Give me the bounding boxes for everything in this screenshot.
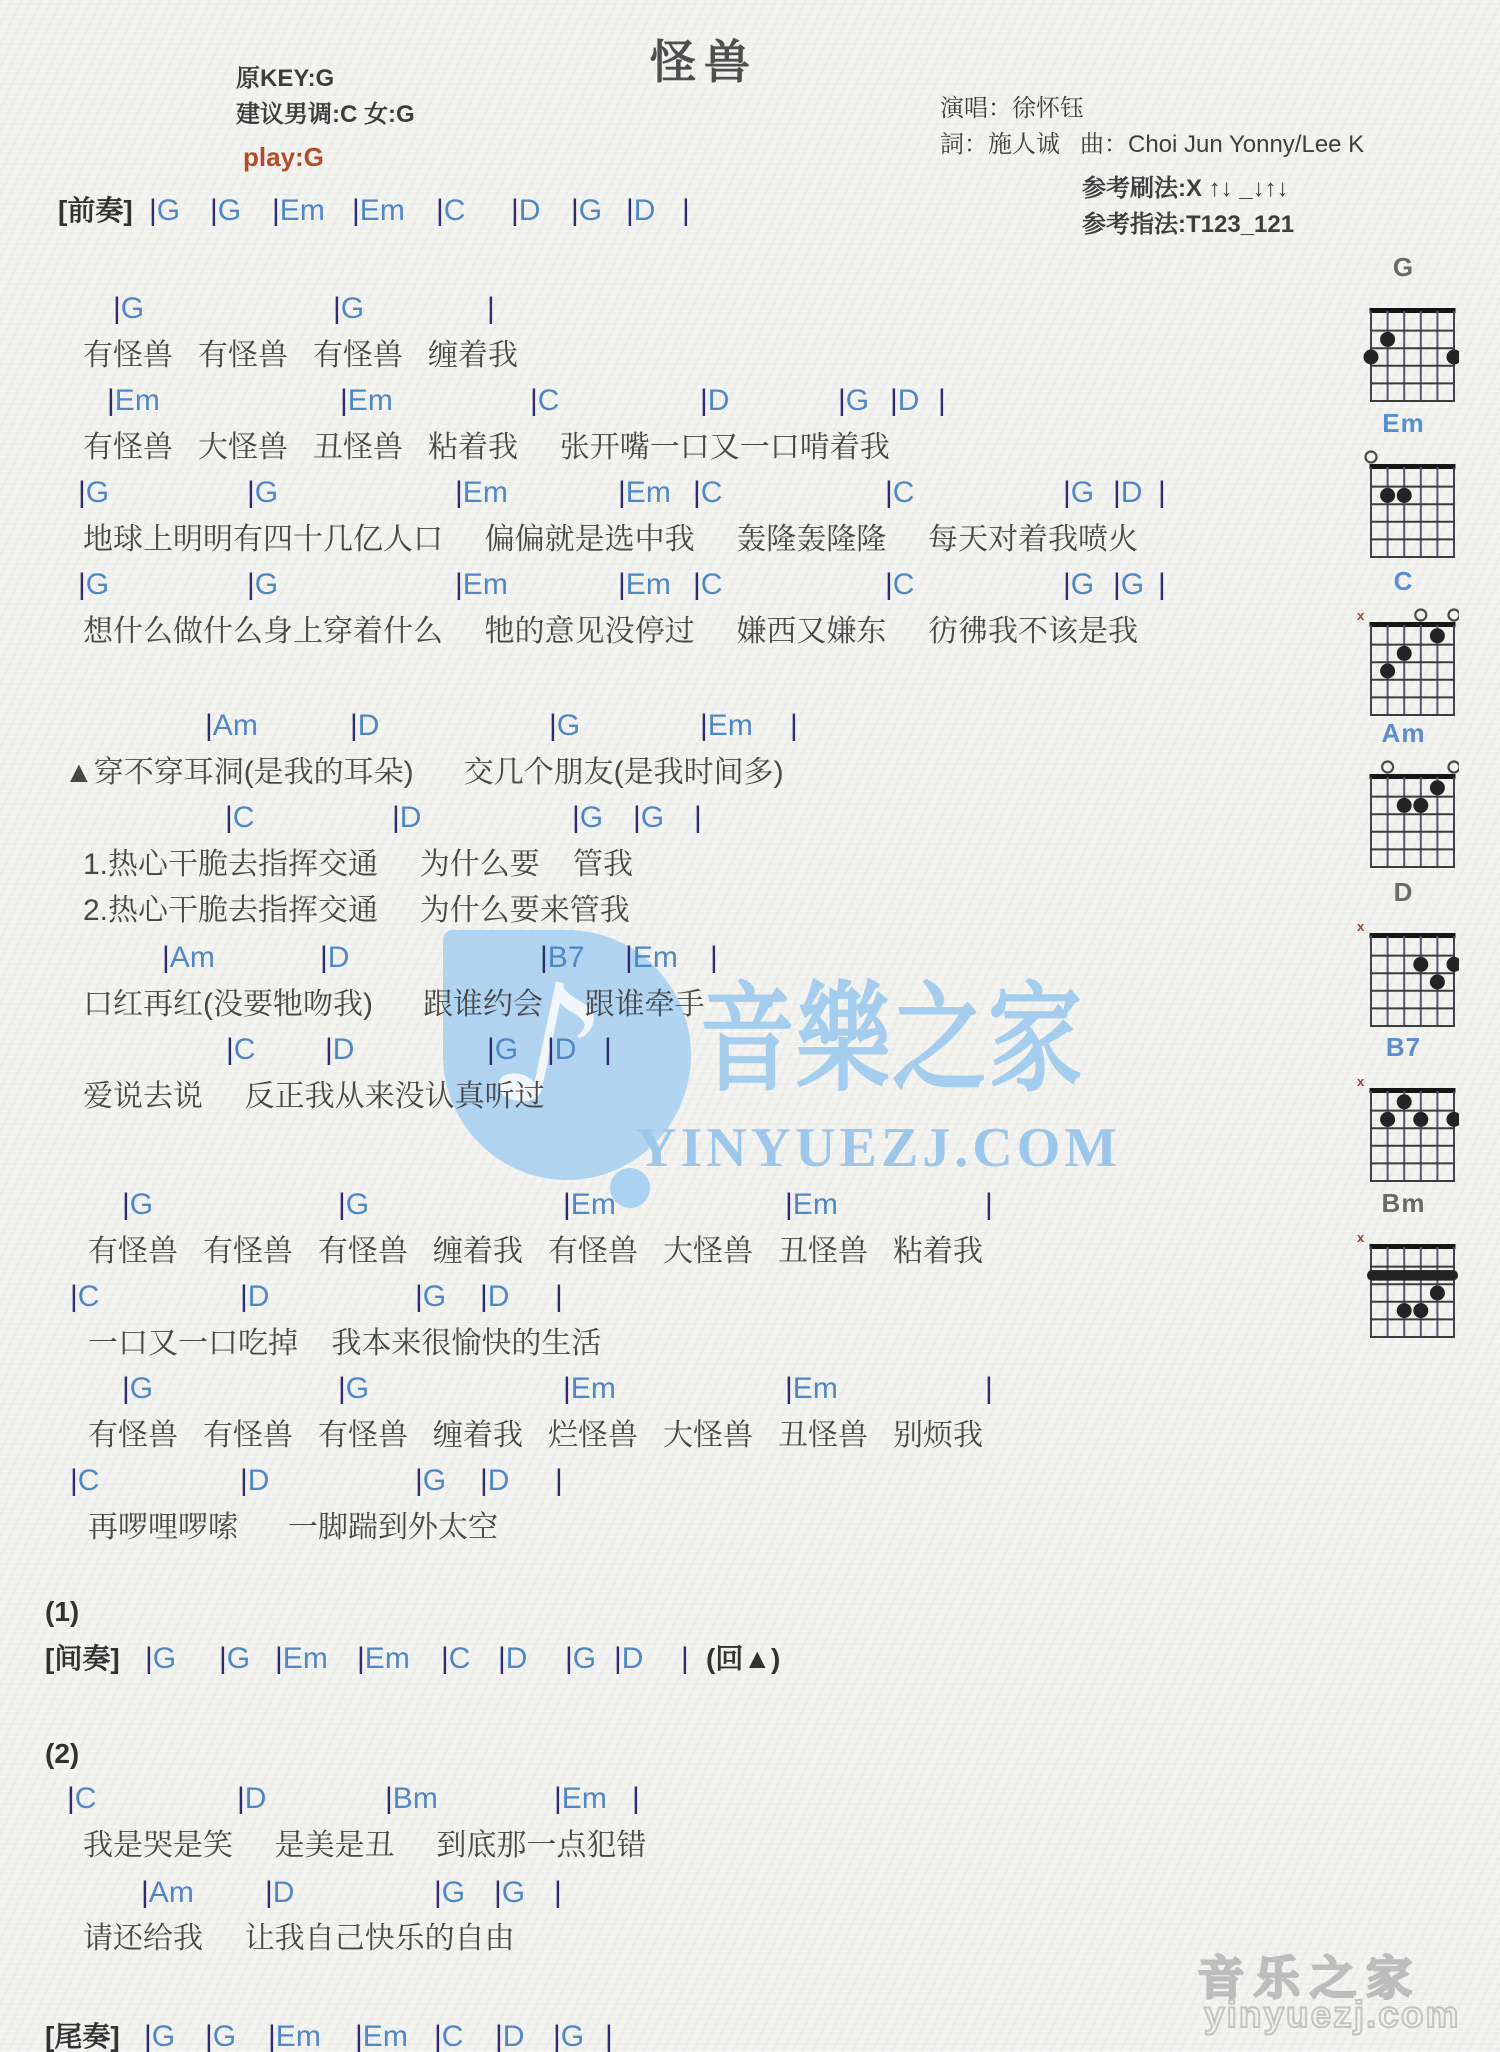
chord-token: |D bbox=[1113, 476, 1142, 510]
chord-token: |G bbox=[122, 1372, 153, 1406]
chord-token: |G bbox=[838, 384, 869, 418]
chord-token: |D bbox=[392, 801, 421, 835]
chord-token: |Em bbox=[352, 194, 405, 228]
chord-line: |C|D|Bm|Em| bbox=[0, 1782, 1500, 1822]
chord-diagram-grid: x bbox=[1349, 605, 1459, 721]
lyric-line: 再啰哩啰嗦 一脚踹到外太空 bbox=[0, 1510, 1500, 1550]
lyric-line: 口红再红(没要牠吻我) 跟谁约会 跟谁牵手 bbox=[0, 987, 1500, 1027]
chord-token: |Bm bbox=[385, 1782, 438, 1816]
chord-token: |D bbox=[240, 1280, 269, 1314]
chord-token: |C bbox=[693, 568, 722, 602]
chord-token: | bbox=[555, 1280, 563, 1314]
chord-token: | bbox=[555, 1464, 563, 1498]
chord-token: |Em bbox=[554, 1782, 607, 1816]
sheet-body: [前奏]|G|G|Em|Em|C|D|G|D||G|G|有怪兽 有怪兽 有怪兽 … bbox=[0, 0, 1500, 2052]
chord-token: | bbox=[681, 1642, 689, 1676]
lyric-text: 请还给我 让我自己快乐的自由 bbox=[83, 1921, 515, 1957]
chord-token: |Am bbox=[141, 1876, 194, 1910]
lyric-line: 有怪兽 有怪兽 有怪兽 缠着我 有怪兽 大怪兽 丑怪兽 粘着我 bbox=[0, 1234, 1500, 1274]
chord-diagram-title: G bbox=[1340, 252, 1467, 283]
chord-token: |Am bbox=[205, 709, 258, 743]
lyric-text: 再啰哩啰嗦 一脚踹到外太空 bbox=[88, 1510, 498, 1546]
repeat-mark: (回▲) bbox=[706, 1642, 780, 1676]
chord-token: | bbox=[487, 292, 495, 326]
chord-token: |Am bbox=[162, 941, 215, 975]
chord-token: |G bbox=[205, 2020, 236, 2052]
chord-token: | bbox=[985, 1372, 993, 1406]
lyric-line: 想什么做什么身上穿着什么 牠的意见没停过 嫌西又嫌东 彷彿我不该是我 bbox=[0, 614, 1500, 654]
section-label: [前奏] bbox=[58, 194, 133, 228]
chord-line: |Am|D|B7|Em| bbox=[0, 941, 1500, 981]
chord-token: |G bbox=[219, 1642, 250, 1676]
chord-diagram-grid: x bbox=[1349, 916, 1459, 1032]
chord-token: |G bbox=[210, 194, 241, 228]
section-label: (1) bbox=[45, 1595, 79, 1629]
chord-diagram-grid bbox=[1349, 757, 1459, 873]
chord-token: | bbox=[605, 2020, 613, 2052]
chord-token: |D bbox=[700, 384, 729, 418]
chord-token: |G bbox=[633, 801, 664, 835]
chord-line: [尾奏]|G|G|Em|Em|C|D|G| bbox=[0, 2020, 1500, 2052]
chord-token: |Em bbox=[340, 384, 393, 418]
chord-token: |C bbox=[225, 801, 254, 835]
chord-line: |G|G|Em|Em| bbox=[0, 1188, 1500, 1228]
chord-token: |G bbox=[247, 568, 278, 602]
chord-token: |G bbox=[553, 2020, 584, 2052]
chord-token: | bbox=[682, 194, 690, 228]
chord-line: |C|D|G|D| bbox=[0, 1280, 1500, 1320]
chord-line: |G|G|Em|Em|C|C|G|G| bbox=[0, 568, 1500, 608]
svg-text:x: x bbox=[1357, 1230, 1365, 1245]
chord-diagram-grid: x bbox=[1349, 1227, 1459, 1343]
lyric-text: 有怪兽 有怪兽 有怪兽 缠着我 烂怪兽 大怪兽 丑怪兽 别烦我 bbox=[88, 1418, 983, 1454]
chord-token: |Em bbox=[618, 476, 671, 510]
chord-token: |D bbox=[350, 709, 379, 743]
lyric-line: 一口又一口吃掉 我本来很愉快的生活 bbox=[0, 1326, 1500, 1366]
chord-token: |G bbox=[571, 194, 602, 228]
chord-token: |D bbox=[495, 2020, 524, 2052]
chord-line: |G|G| bbox=[0, 292, 1500, 332]
lyric-line: 有怪兽 大怪兽 丑怪兽 粘着我 张开嘴一口又一口啃着我 bbox=[0, 430, 1500, 470]
lyric-text: ▲穿不穿耳洞(是我的耳朵) 交几个朋友(是我时间多) bbox=[64, 755, 784, 791]
chord-token: |C bbox=[693, 476, 722, 510]
chord-token: |G bbox=[149, 194, 180, 228]
chord-diagram-grid bbox=[1349, 447, 1459, 563]
chord-token: |C bbox=[885, 476, 914, 510]
chord-token: |G bbox=[78, 476, 109, 510]
chord-token: |D bbox=[626, 194, 655, 228]
chord-token: |C bbox=[441, 1642, 470, 1676]
lyric-line: 有怪兽 有怪兽 有怪兽 缠着我 烂怪兽 大怪兽 丑怪兽 别烦我 bbox=[0, 1418, 1500, 1458]
chord-token: | bbox=[938, 384, 946, 418]
section-label: (2) bbox=[45, 1737, 79, 1771]
chord-token: |Em bbox=[625, 941, 678, 975]
chord-token: |B7 bbox=[540, 941, 585, 975]
chord-line: |C|D|G|G| bbox=[0, 801, 1500, 841]
chord-token: |D bbox=[320, 941, 349, 975]
chord-line: |Em|Em|C|D|G|D| bbox=[0, 384, 1500, 424]
chord-token: | bbox=[1158, 568, 1166, 602]
lyric-line: 我是哭是笑 是美是丑 到底那一点犯错 bbox=[0, 1828, 1500, 1868]
chord-token: |D bbox=[498, 1642, 527, 1676]
chord-token: |C bbox=[436, 194, 465, 228]
chord-token: |G bbox=[1063, 476, 1094, 510]
chord-token: |C bbox=[70, 1280, 99, 1314]
lyric-text: 有怪兽 有怪兽 有怪兽 缠着我 bbox=[83, 338, 518, 374]
chord-token: |G bbox=[487, 1033, 518, 1067]
chord-token: |G bbox=[113, 292, 144, 326]
lyric-text: 有怪兽 大怪兽 丑怪兽 粘着我 张开嘴一口又一口啃着我 bbox=[83, 430, 890, 466]
chord-diagram-title: B7 bbox=[1340, 1032, 1467, 1063]
chord-token: |Em bbox=[563, 1372, 616, 1406]
chord-diagram-B7: B7x bbox=[1340, 1032, 1467, 1187]
chord-token: |D bbox=[240, 1464, 269, 1498]
chord-token: | bbox=[710, 941, 718, 975]
section-label: [尾奏] bbox=[45, 2020, 120, 2052]
chord-token: |G bbox=[549, 709, 580, 743]
lyric-text: 有怪兽 有怪兽 有怪兽 缠着我 有怪兽 大怪兽 丑怪兽 粘着我 bbox=[88, 1234, 983, 1270]
chord-token: |C bbox=[530, 384, 559, 418]
chord-token: |D bbox=[547, 1033, 576, 1067]
chord-diagram-Em: Em bbox=[1340, 408, 1467, 563]
chord-token: |D bbox=[890, 384, 919, 418]
chord-token: |G bbox=[338, 1372, 369, 1406]
chord-token: |G bbox=[1113, 568, 1144, 602]
chord-diagram-G: G bbox=[1340, 252, 1467, 407]
lyric-text: 想什么做什么身上穿着什么 牠的意见没停过 嫌西又嫌东 彷彿我不该是我 bbox=[83, 614, 1138, 650]
lyric-text: 一口又一口吃掉 我本来很愉快的生活 bbox=[88, 1326, 601, 1362]
lyric-line: 地球上明明有四十几亿人口 偏偏就是选中我 轰隆轰隆隆 每天对着我喷火 bbox=[0, 522, 1500, 562]
chord-token: |Em bbox=[455, 476, 508, 510]
chord-token: | bbox=[985, 1188, 993, 1222]
chord-line: [间奏]|G|G|Em|Em|C|D|G|D|(回▲) bbox=[0, 1642, 1500, 1682]
chord-diagram-title: Am bbox=[1340, 718, 1467, 749]
chord-token: |Em bbox=[618, 568, 671, 602]
chord-token: |G bbox=[78, 568, 109, 602]
lyric-line: 有怪兽 有怪兽 有怪兽 缠着我 bbox=[0, 338, 1500, 378]
chord-token: |Em bbox=[355, 2020, 408, 2052]
chord-line: |G|G|Em|Em|C|C|G|D| bbox=[0, 476, 1500, 516]
chord-token: |Em bbox=[275, 1642, 328, 1676]
chord-token: | bbox=[694, 801, 702, 835]
chord-token: |Em bbox=[785, 1372, 838, 1406]
chord-token: |G bbox=[565, 1642, 596, 1676]
lyric-line: 爱说去说 反正我从来没认真听过 bbox=[0, 1079, 1500, 1119]
chord-sheet-page: { "title": "怪兽", "header": { "orig_key":… bbox=[0, 0, 1500, 2052]
lyric-line: 请还给我 让我自己快乐的自由 bbox=[0, 1921, 1500, 1961]
chord-token: |D bbox=[265, 1876, 294, 1910]
chord-token: |G bbox=[145, 1642, 176, 1676]
lyric-line: 2.热心干脆去指挥交通 为什么要来管我 bbox=[0, 893, 1500, 933]
chord-token: |D bbox=[480, 1464, 509, 1498]
chord-token: |G bbox=[415, 1464, 446, 1498]
chord-line: [前奏]|G|G|Em|Em|C|D|G|D| bbox=[0, 194, 1500, 234]
chord-token: | bbox=[1158, 476, 1166, 510]
section-label-line: (1) bbox=[0, 1595, 1500, 1635]
chord-token: |Em bbox=[272, 194, 325, 228]
chord-token: | bbox=[554, 1876, 562, 1910]
chord-token: |C bbox=[434, 2020, 463, 2052]
chord-token: |Em bbox=[785, 1188, 838, 1222]
chord-diagram-title: Bm bbox=[1340, 1188, 1467, 1219]
chord-diagram-Bm: Bmx bbox=[1340, 1188, 1467, 1343]
lyric-text: 口红再红(没要牠吻我) 跟谁约会 跟谁牵手 bbox=[83, 987, 705, 1023]
lyric-text: 2.热心干脆去指挥交通 为什么要来管我 bbox=[83, 893, 630, 929]
chord-diagram-title: D bbox=[1340, 877, 1467, 908]
chord-line: |G|G|Em|Em| bbox=[0, 1372, 1500, 1412]
chord-token: |Em bbox=[455, 568, 508, 602]
chord-token: |Em bbox=[357, 1642, 410, 1676]
chord-line: |C|D|G|D| bbox=[0, 1033, 1500, 1073]
lyric-line: 1.热心干脆去指挥交通 为什么要 管我 bbox=[0, 847, 1500, 887]
chord-token: |G bbox=[122, 1188, 153, 1222]
chord-diagram-title: C bbox=[1340, 566, 1467, 597]
chord-token: |G bbox=[338, 1188, 369, 1222]
chord-token: |C bbox=[226, 1033, 255, 1067]
chord-token: |G bbox=[494, 1876, 525, 1910]
lyric-text: 地球上明明有四十几亿人口 偏偏就是选中我 轰隆轰隆隆 每天对着我喷火 bbox=[83, 522, 1138, 558]
chord-line: |Am|D|G|G| bbox=[0, 1876, 1500, 1916]
chord-token: |D bbox=[511, 194, 540, 228]
chord-token: |G bbox=[415, 1280, 446, 1314]
svg-text:x: x bbox=[1357, 1074, 1365, 1089]
chord-token: |G bbox=[333, 292, 364, 326]
chord-token: |G bbox=[144, 2020, 175, 2052]
chord-token: |Em bbox=[107, 384, 160, 418]
chord-token: |Em bbox=[700, 709, 753, 743]
chord-diagram-grid bbox=[1349, 291, 1459, 407]
chord-token: |Em bbox=[563, 1188, 616, 1222]
lyric-text: 爱说去说 反正我从来没认真听过 bbox=[83, 1079, 545, 1115]
chord-token: |C bbox=[70, 1464, 99, 1498]
chord-token: |D bbox=[614, 1642, 643, 1676]
chord-token: |D bbox=[237, 1782, 266, 1816]
chord-token: |G bbox=[434, 1876, 465, 1910]
chord-token: |D bbox=[480, 1280, 509, 1314]
chord-line: |C|D|G|D| bbox=[0, 1464, 1500, 1504]
chord-token: | bbox=[632, 1782, 640, 1816]
lyric-text: 1.热心干脆去指挥交通 为什么要 管我 bbox=[83, 847, 633, 883]
chord-diagram-grid: x bbox=[1349, 1071, 1459, 1187]
svg-text:x: x bbox=[1357, 919, 1365, 934]
chord-token: |G bbox=[1063, 568, 1094, 602]
svg-text:x: x bbox=[1357, 608, 1365, 623]
chord-token: |G bbox=[247, 476, 278, 510]
chord-token: |Em bbox=[268, 2020, 321, 2052]
chord-token: | bbox=[604, 1033, 612, 1067]
chord-token: | bbox=[790, 709, 798, 743]
chord-diagram-D: Dx bbox=[1340, 877, 1467, 1032]
chord-token: |C bbox=[885, 568, 914, 602]
chord-token: |D bbox=[325, 1033, 354, 1067]
chord-diagram-title: Em bbox=[1340, 408, 1467, 439]
chord-diagram-C: Cx bbox=[1340, 566, 1467, 721]
lyric-line: ▲穿不穿耳洞(是我的耳朵) 交几个朋友(是我时间多) bbox=[0, 755, 1500, 795]
chord-token: |G bbox=[572, 801, 603, 835]
chord-line: |Am|D|G|Em| bbox=[0, 709, 1500, 749]
chord-token: |C bbox=[67, 1782, 96, 1816]
chord-diagram-Am: Am bbox=[1340, 718, 1467, 873]
section-label: [间奏] bbox=[45, 1642, 120, 1676]
lyric-text: 我是哭是笑 是美是丑 到底那一点犯错 bbox=[83, 1828, 646, 1864]
section-label-line: (2) bbox=[0, 1737, 1500, 1777]
